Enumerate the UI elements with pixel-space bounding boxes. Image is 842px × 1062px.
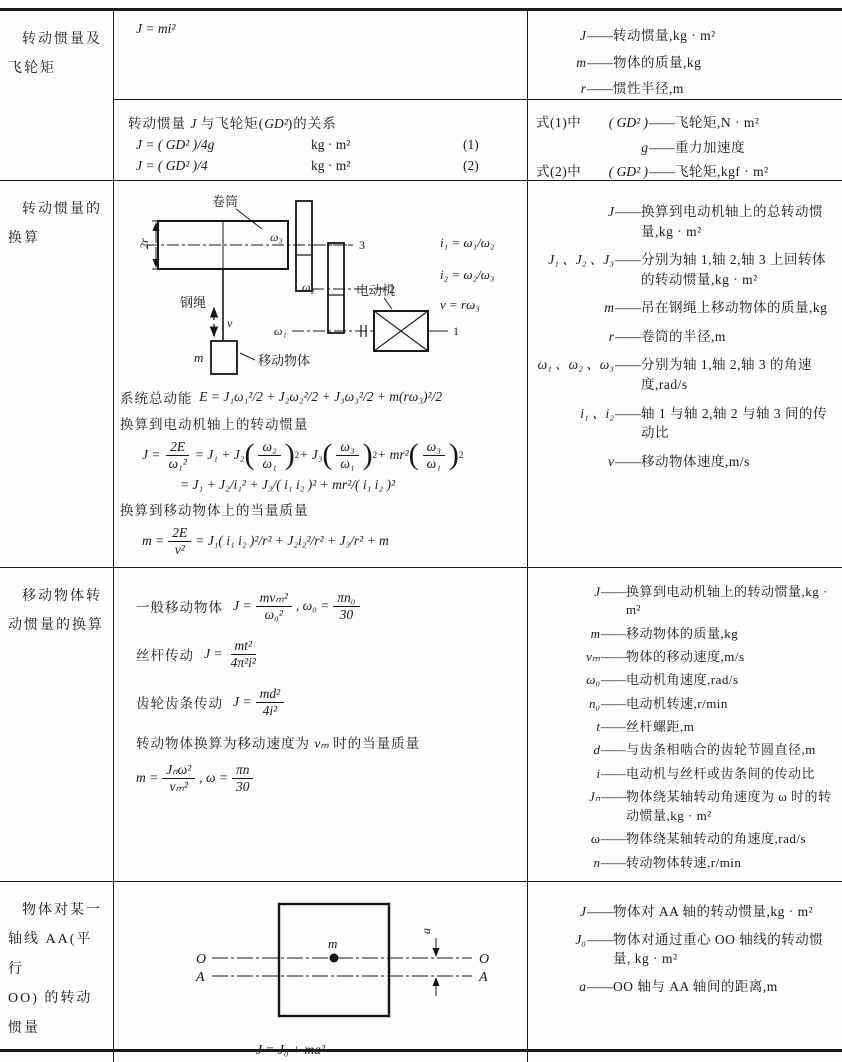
rope-label: 钢绳 bbox=[180, 295, 206, 310]
motor-inertia-equation: J = 2Eω₁² = J₁ + J₂ (ω₂ω₁)2 + J₃ (ω₃ω₁)2… bbox=[142, 439, 519, 471]
row1-defs-top-cell: J —— 转动惯量,kg · m² m —— 物体的质量,kg r —— bbox=[527, 11, 842, 110]
axis-A-left-label: A bbox=[195, 970, 205, 985]
def-dash: —— bbox=[586, 26, 613, 46]
equivalent-mass-heading: 转动物体换算为移动速度为 vₘ 时的当量质量 bbox=[136, 732, 519, 752]
row1-formula-cell: J = mi² bbox=[113, 11, 527, 110]
row3-category-label: 移动物体转 动惯量的换算 bbox=[0, 568, 113, 881]
handbook-page: 转动惯量及 飞轮矩 J = mi² J —— 转动惯量,kg · m² m bbox=[0, 0, 842, 1062]
row3-defs-cell: J——换算到电动机轴上的转动惯量,kg · m² m——移动物体的质量,kg v… bbox=[527, 568, 842, 881]
def-entry: g —— 重力加速度 bbox=[536, 138, 838, 158]
motor-label: 电动机 bbox=[356, 283, 395, 298]
row1-defs-bottom-cell: 式(1)中 ( GD² ) —— 飞轮矩,N · m² g —— 重力加速度 bbox=[527, 100, 842, 191]
def-description: 转动惯量,kg · m² bbox=[613, 26, 838, 46]
table-row: 物体对某一 轴线 AA(平行 OO) 的转动 惯量 m O O A A bbox=[0, 882, 842, 1062]
row1-subrow-top: J = mi² J —— 转动惯量,kg · m² m —— 物体的质量,kg bbox=[113, 11, 842, 100]
table-row: 转动惯量的 换算 卷筒 bbox=[0, 181, 842, 568]
row4-defs-cell: J——物体对 AA 轴的转动惯量,kg · m² J₀——物体对通过重心 OO … bbox=[527, 882, 842, 1062]
row4-category-label: 物体对某一 轴线 AA(平行 OO) 的转动 惯量 bbox=[0, 882, 113, 1062]
parallel-axis-formula: J = J₀ + ma² bbox=[256, 1042, 519, 1058]
shaft3-label: 3 bbox=[359, 238, 365, 252]
distance-a-label: a bbox=[419, 928, 433, 934]
parallel-axis-diagram: m O O A A a bbox=[184, 900, 514, 1028]
axis-O-right-label: O bbox=[479, 952, 489, 967]
dimension-2r-label: 2r bbox=[137, 238, 151, 249]
velocity-label: v bbox=[227, 316, 233, 330]
table-row: 移动物体转 动惯量的换算 一般移动物体 J = mvₘ²ω₀² , ω₀ = π… bbox=[0, 568, 842, 882]
relation-title: 转动惯量 J 与飞轮矩(GD²)的关系 bbox=[128, 112, 519, 132]
equivalent-mass-equation: m = 2Ev² = J₁( i₁ i₂ )²/r² + J₂i₂²/r² + … bbox=[142, 525, 519, 557]
axis-O-left-label: O bbox=[196, 952, 206, 967]
equivalent-mass-line: m = Jₙω²vₘ² , ω = πn30 bbox=[136, 762, 519, 794]
def-symbol: J bbox=[536, 26, 586, 46]
table-row: 转动惯量及 飞轮矩 J = mi² J —— 转动惯量,kg · m² m bbox=[0, 11, 842, 181]
conversion-motor-heading: 换算到电动机轴上的转动惯量 bbox=[120, 413, 519, 433]
mass-point-label: m bbox=[328, 936, 337, 951]
omega2-label: ω₂ bbox=[302, 280, 315, 294]
motor-inertia-equation-line2: = J₁ + J₂/i₁² + J₃/( i₁ i₂ )² + mr²/( i₁… bbox=[180, 477, 519, 493]
shaft1-label: 1 bbox=[453, 324, 459, 338]
unit: kg · m² bbox=[311, 158, 463, 174]
row2-defs-cell: J——换算到电动机轴上的总转动惯量,kg · m² J₁ 、J₂ 、J₃——分别… bbox=[527, 181, 842, 569]
ratio-eq-i2: i₂ = ω₂/ω₃ bbox=[440, 267, 494, 282]
row2-category-label: 转动惯量的 换算 bbox=[0, 181, 113, 569]
rack-pinion-line: 齿轮齿条传动 J = md²4i² bbox=[136, 686, 519, 718]
conversion-mass-heading: 换算到移动物体上的当量质量 bbox=[120, 499, 519, 519]
general-moving-object-line: 一般移动物体 J = mvₘ²ω₀² , ω₀ = πn₀30 bbox=[136, 590, 519, 622]
def-prefix: 式(1)中 bbox=[536, 113, 592, 133]
def-entry: r —— 惯性半径,m bbox=[536, 79, 838, 99]
def-entry: 式(1)中 ( GD² ) —— 飞轮矩,N · m² bbox=[536, 113, 838, 133]
mass-label: m bbox=[194, 350, 203, 365]
row1-subrow-bottom: 转动惯量 J 与飞轮矩(GD²)的关系 J = ( GD² )/4g kg · … bbox=[113, 100, 842, 191]
def-entry: 式(2)中 ( GD² ) —— 飞轮矩,kgf · m² bbox=[536, 162, 838, 182]
energy-equation: E = J₁ω₁²/2 + J₂ω₂²/2 + J₃ω₃²/2 + m(rω₃)… bbox=[199, 389, 442, 405]
row2-formula-cell: 卷筒 2r 钢绳 bbox=[113, 181, 527, 569]
row1-right-wrap: J = mi² J —— 转动惯量,kg · m² m —— 物体的质量,kg bbox=[113, 11, 842, 191]
formula-j-mi2: J = mi² bbox=[136, 21, 175, 36]
row1-category-label: 转动惯量及 飞轮矩 bbox=[0, 11, 113, 191]
axis-A-right-label: A bbox=[478, 970, 488, 985]
ratio-eq-i1: i₁ = ω₁/ω₂ bbox=[440, 235, 495, 250]
def-entry: J —— 转动惯量,kg · m² bbox=[536, 26, 838, 46]
formula-line-1: J = ( GD² )/4g kg · m² (1) bbox=[136, 137, 519, 153]
drum-label: 卷筒 bbox=[212, 194, 238, 209]
energy-equation-line: 系统总动能 E = J₁ω₁²/2 + J₂ω₂²/2 + J₃ω₃²/2 + … bbox=[120, 387, 519, 407]
hoist-gear-train-diagram: 卷筒 2r 钢绳 bbox=[128, 191, 526, 377]
omega3-label: ω₃ bbox=[270, 230, 283, 244]
moving-object-label: 移动物体 bbox=[258, 353, 310, 368]
equation-number: (1) bbox=[463, 137, 509, 153]
velocity-eq: v = rω₃ bbox=[440, 297, 480, 312]
unit: kg · m² bbox=[311, 137, 463, 153]
omega1-label: ω₁ bbox=[274, 324, 287, 338]
row1-relation-cell: 转动惯量 J 与飞轮矩(GD²)的关系 J = ( GD² )/4g kg · … bbox=[113, 100, 527, 191]
formula-line-2: J = ( GD² )/4 kg · m² (2) bbox=[136, 158, 519, 174]
leadscrew-line: 丝杆传动 J = mt²4π²i² bbox=[136, 638, 519, 670]
row3-formula-cell: 一般移动物体 J = mvₘ²ω₀² , ω₀ = πn₀30 丝杆传动 J =… bbox=[113, 568, 527, 881]
inertia-table: 转动惯量及 飞轮矩 J = mi² J —— 转动惯量,kg · m² m bbox=[0, 8, 842, 1052]
def-entry: m —— 物体的质量,kg bbox=[536, 53, 838, 73]
equation-number: (2) bbox=[463, 158, 509, 174]
row4-diagram-cell: m O O A A a J = J₀ + ma² bbox=[113, 882, 527, 1062]
